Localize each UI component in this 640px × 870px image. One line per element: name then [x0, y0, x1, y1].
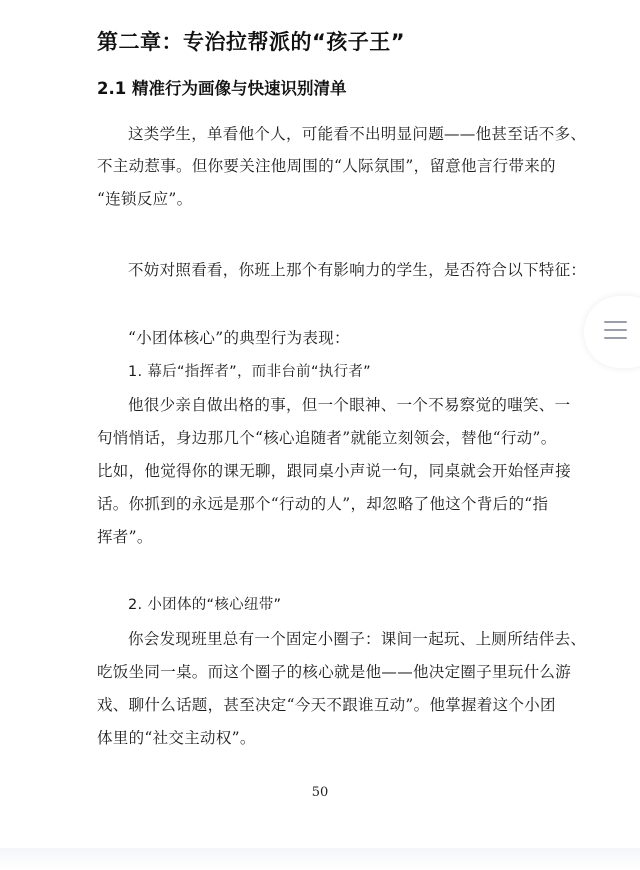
paragraph-line: 他很少亲自做出格的事，但一个眼神、一个不易察觉的嗤笑、一 — [128, 393, 570, 415]
list-item-title: 2. 小团体的“核心纽带” — [128, 593, 281, 614]
chapter-title: 第二章：专治拉帮派的“孩子王” — [97, 26, 405, 56]
bottom-bar — [0, 848, 640, 870]
list-heading: “小团体核心”的典型行为表现： — [128, 326, 350, 348]
paragraph-line: 话。你抓到的永远是那个“行动的人”，却忽略了他这个背后的“指 — [97, 492, 548, 514]
paragraph-line: 不主动惹事。但你要关注他周围的“人际氛围”，留意他言行带来的 — [97, 154, 556, 176]
paragraph-line: 这类学生，单看他个人，可能看不出明显问题——他甚至话不多、 — [128, 122, 586, 144]
section-title: 2.1 精准行为画像与快速识别清单 — [97, 75, 346, 99]
paragraph-line: “连锁反应”。 — [97, 187, 192, 209]
paragraph-line: 戏、聊什么话题，甚至决定“今天不跟谁互动”。他掌握着这个小团 — [97, 693, 556, 715]
paragraph-line: 不妨对照看看，你班上那个有影响力的学生，是否符合以下特征： — [128, 258, 586, 280]
list-item-title: 1. 幕后“指挥者”，而非台前“执行者” — [128, 360, 371, 381]
paragraph-line: 句悄悄话，身边那几个“核心追随者”就能立刻领会，替他“行动”。 — [97, 426, 557, 448]
paragraph-line: 挥者”。 — [97, 525, 153, 547]
paragraph-line: 比如，他觉得你的课无聊，跟同桌小声说一句，同桌就会开始怪声接 — [97, 459, 571, 481]
paragraph-line: 你会发现班里总有一个固定小圈子：课间一起玩、上厕所结伴去、 — [128, 627, 586, 649]
paragraph-line: 体里的“社交主动权”。 — [97, 726, 256, 748]
page-number: 50 — [0, 785, 640, 800]
document-page: 第二章：专治拉帮派的“孩子王” 2.1 精准行为画像与快速识别清单 这类学生，单… — [0, 0, 640, 848]
paragraph-line: 吃饭坐同一桌。而这个圈子的核心就是他——他决定圈子里玩什么游 — [97, 660, 571, 682]
